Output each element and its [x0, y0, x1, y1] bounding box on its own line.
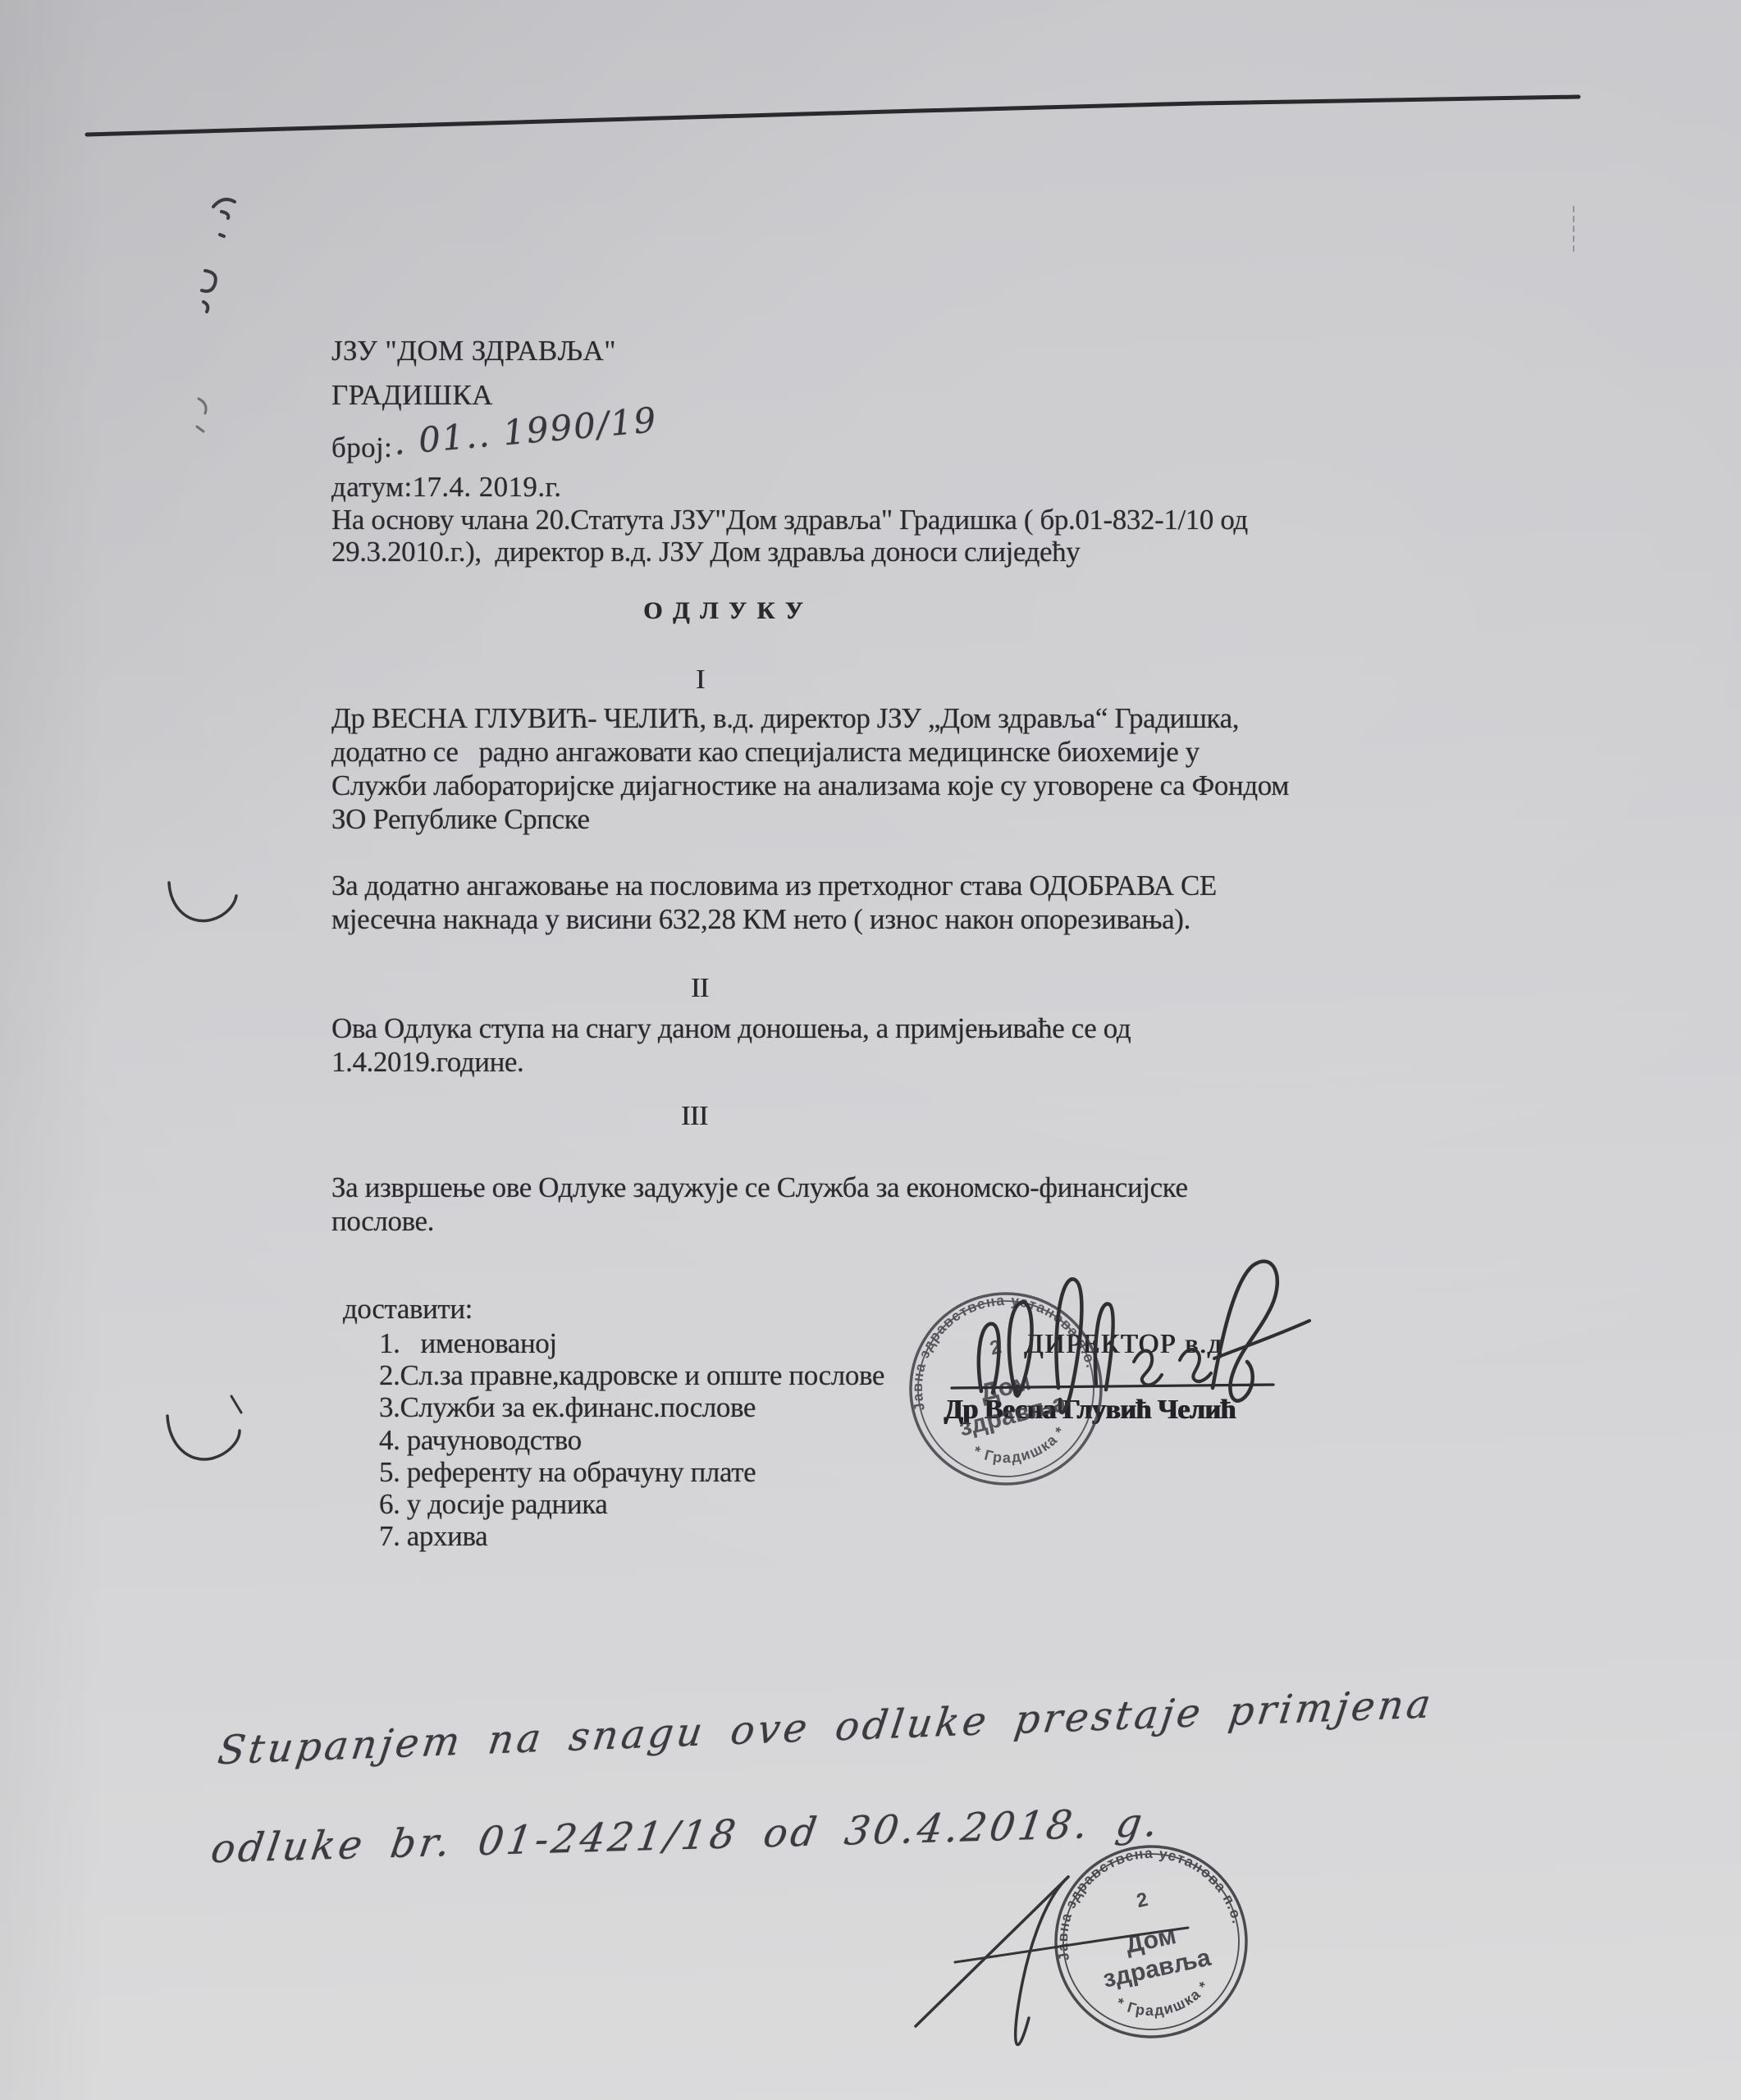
- section-2-line-2: 1.4.2019.године.: [331, 1046, 523, 1079]
- distribution-item: 4. рачуноводство: [379, 1424, 582, 1457]
- scanned-document-page: ЈЗУ "ДОМ ЗДРАВЉА" ГРАДИШКА број:. 01.. 1…: [0, 0, 1741, 2100]
- signature-name: Др Весна Глувић Челић: [944, 1395, 1236, 1426]
- signature-underline: [952, 1385, 1273, 1388]
- stamp-outer-ring: [890, 1273, 1121, 1504]
- distribution-header: доставити:: [343, 1293, 473, 1326]
- margin-arc-1: [169, 883, 236, 921]
- stamp-ring-bottom-text: * Градишка *: [1111, 1975, 1217, 2028]
- check-mark-stroke: [955, 1928, 1188, 1962]
- section-3-line-2: послове.: [331, 1205, 434, 1238]
- section-1-para-2-line-2: мјесечна накнада у висини 632,28 КМ нето…: [331, 903, 1190, 936]
- stamp-center-number: 2: [1135, 1888, 1150, 1912]
- letterhead-number-line: број:. 01.. 1990/19: [331, 425, 660, 465]
- letterhead-number-label: број:: [331, 431, 392, 463]
- section-1-para-1-line-3: Служби лабораторијске дијагностике на ан…: [331, 769, 1289, 802]
- stamp-inner-ring: [1047, 1837, 1255, 2046]
- distribution-item: 2.Сл.за правне,кадровске и опште послове: [379, 1359, 884, 1392]
- stamp-center-line1: Дом: [1123, 1922, 1178, 1959]
- pen-mark-top-4: [197, 399, 206, 431]
- signature-stroke: [979, 1324, 999, 1393]
- stamp-ring-bottom-text: * Градишка *: [967, 1421, 1073, 1477]
- section-1-numeral: I: [696, 664, 705, 696]
- stamp-outer-ring: [1038, 1828, 1263, 2054]
- letterhead-date-line: датум:17.4. 2019.г.: [331, 471, 561, 504]
- check-mark-stroke: [916, 1877, 1068, 2026]
- svg-text:* Градишка *: * Градишка *: [967, 1421, 1073, 1477]
- svg-text:* Градишка *: * Градишка *: [1111, 1975, 1217, 2028]
- intro-line-1: На основу члана 20.Статута ЈЗУ"Дом здрав…: [331, 504, 1248, 536]
- handwritten-note-line-1: Stupanjem na snagu ove odluke prestaje p…: [215, 1681, 1437, 1774]
- stamp-inner-ring: [899, 1282, 1112, 1495]
- signature-title: ДИРЕКТОР в.д: [1024, 1329, 1222, 1360]
- signature-stroke: [1214, 1321, 1309, 1358]
- pen-mark-top-2: [220, 235, 224, 236]
- distribution-item: 3.Служби за ек.финанс.послове: [379, 1391, 756, 1424]
- distribution-item: 1. именованој: [379, 1327, 557, 1360]
- pen-mark-top-3: [202, 271, 216, 312]
- check-mark-stroke: [1016, 1877, 1068, 2045]
- handwritten-note-line-2: odluke br. 01-2421/18 od 30.4.2018. g.: [208, 1800, 1164, 1873]
- top-scan-line: [87, 97, 1579, 135]
- distribution-item: 6. у досије радника: [379, 1488, 607, 1521]
- letterhead-org-line2: ГРАДИШКА: [331, 379, 493, 412]
- scan-artifacts-layer: [0, 0, 1741, 2100]
- stamp-center-number: 2: [988, 1335, 1003, 1359]
- margin-arc-2-tick: [231, 1396, 241, 1413]
- distribution-item: 7. архива: [379, 1520, 487, 1553]
- section-1-para-2-line-1: За додатно ангажовање на пословима из пр…: [331, 870, 1217, 902]
- round-stamp-signature: Јавна здравствена установа п.о. * Градиш…: [866, 1249, 1145, 1527]
- margin-arc-2: [167, 1416, 240, 1459]
- intro-line-2: 29.3.2010.г.), директор в.д. ЈЗУ Дом здр…: [331, 536, 1080, 568]
- section-2-numeral: II: [691, 973, 709, 1004]
- section-3-line-1: За извршење ове Одлуке задужује се Служб…: [331, 1171, 1188, 1204]
- section-2-line-1: Ова Одлука ступа на снагу даном доношења…: [331, 1012, 1131, 1045]
- letterhead-org-line1: ЈЗУ "ДОМ ЗДРАВЉА": [331, 335, 616, 367]
- section-1-para-1-line-2: додатно се радно ангажовати као специјал…: [331, 736, 1200, 769]
- distribution-item: 5. референту на обрачуну плате: [379, 1456, 756, 1489]
- section-3-numeral: III: [681, 1101, 708, 1132]
- pen-mark-top-1: [213, 199, 235, 218]
- decision-title: О Д Л У К У: [643, 597, 805, 625]
- stamp-center-line2: здравља: [1100, 1944, 1213, 1993]
- section-1-para-1-line-1: Др ВЕСНА ГЛУВИЋ- ЧЕЛИЋ, в.д. директор ЈЗ…: [331, 702, 1239, 735]
- section-1-para-1-line-4: ЗО Републике Српске: [331, 803, 590, 836]
